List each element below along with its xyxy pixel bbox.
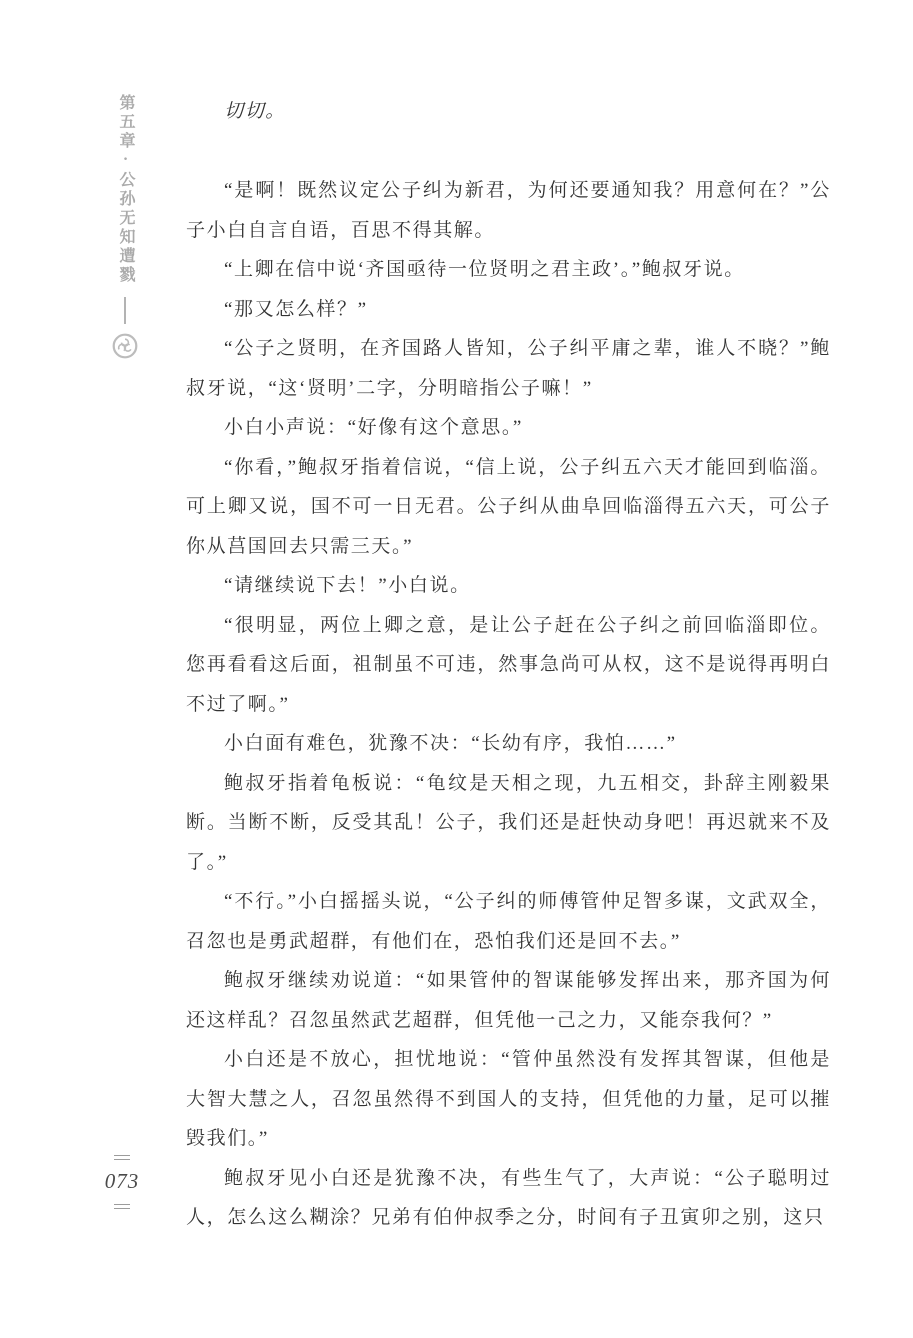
folio-rule-bottom	[114, 1204, 130, 1209]
body-paragraph: “很明显，两位上卿之意，是让公子赶在公子纠之前回临淄即位。您再看看这后面，祖制虽…	[186, 606, 831, 725]
swirl-medallion-icon	[112, 333, 138, 359]
folio-rule-top	[114, 1155, 130, 1160]
body-paragraph: “是啊！既然议定公子纠为新君，为何还要通知我？用意何在？”公子小白自言自语，百思…	[186, 171, 831, 250]
body-paragraph: 鲍叔牙见小白还是犹豫不决，有些生气了，大声说：“公子聪明过人，怎么这么糊涂？兄弟…	[186, 1159, 831, 1238]
body-paragraph: “公子之贤明，在齐国路人皆知，公子纠平庸之辈，谁人不晓？”鲍叔牙说，“这‘贤明’…	[186, 329, 831, 408]
page-footer: 073	[100, 1155, 144, 1209]
body-paragraph: 切切。	[186, 92, 831, 132]
body-paragraph: 鲍叔牙继续劝说道：“如果管仲的智谋能够发挥出来，那齐国为何还这样乱？召忽虽然武艺…	[186, 961, 831, 1040]
body-paragraph: 小白小声说：“好像有这个意思。”	[186, 408, 831, 448]
page-number: 073	[105, 1171, 140, 1192]
body-paragraph: 小白面有难色，犹豫不决：“长幼有序，我怕……”	[186, 724, 831, 764]
chapter-sidebar: 第五章·公孙无知遭戮	[106, 94, 144, 359]
body-paragraph: “你看，”鲍叔牙指着信说，“信上说，公子纠五六天才能回到临淄。可上卿又说，国不可…	[186, 448, 831, 567]
body-paragraph: “上卿在信中说‘齐国亟待一位贤明之君主政’。”鲍叔牙说。	[186, 250, 831, 290]
chapter-title: 第五章·公孙无知遭戮	[117, 94, 133, 285]
body-paragraph: “请继续说下去！”小白说。	[186, 566, 831, 606]
body-paragraph: 小白还是不放心，担忧地说：“管仲虽然没有发挥其智谋，但他是大智大慧之人，召忽虽然…	[186, 1040, 831, 1159]
body-paragraph: “不行。”小白摇摇头说，“公子纠的师傅管仲足智多谋，文武双全，召忽也是勇武超群，…	[186, 882, 831, 961]
body-paragraph: 鲍叔牙指着龟板说：“龟纹是天相之现，九五相交，卦辞主刚毅果断。当断不断，反受其乱…	[186, 764, 831, 883]
sidebar-divider	[124, 297, 126, 324]
body-paragraph: “那又怎么样？”	[186, 290, 831, 330]
body-text-column: 切切。 “是啊！既然议定公子纠为新君，为何还要通知我？用意何在？”公子小白自言自…	[186, 92, 831, 1238]
book-page: 第五章·公孙无知遭戮 切切。 “是啊！既然议定公子纠为新君，为何还要通知我？用意…	[0, 0, 913, 1338]
